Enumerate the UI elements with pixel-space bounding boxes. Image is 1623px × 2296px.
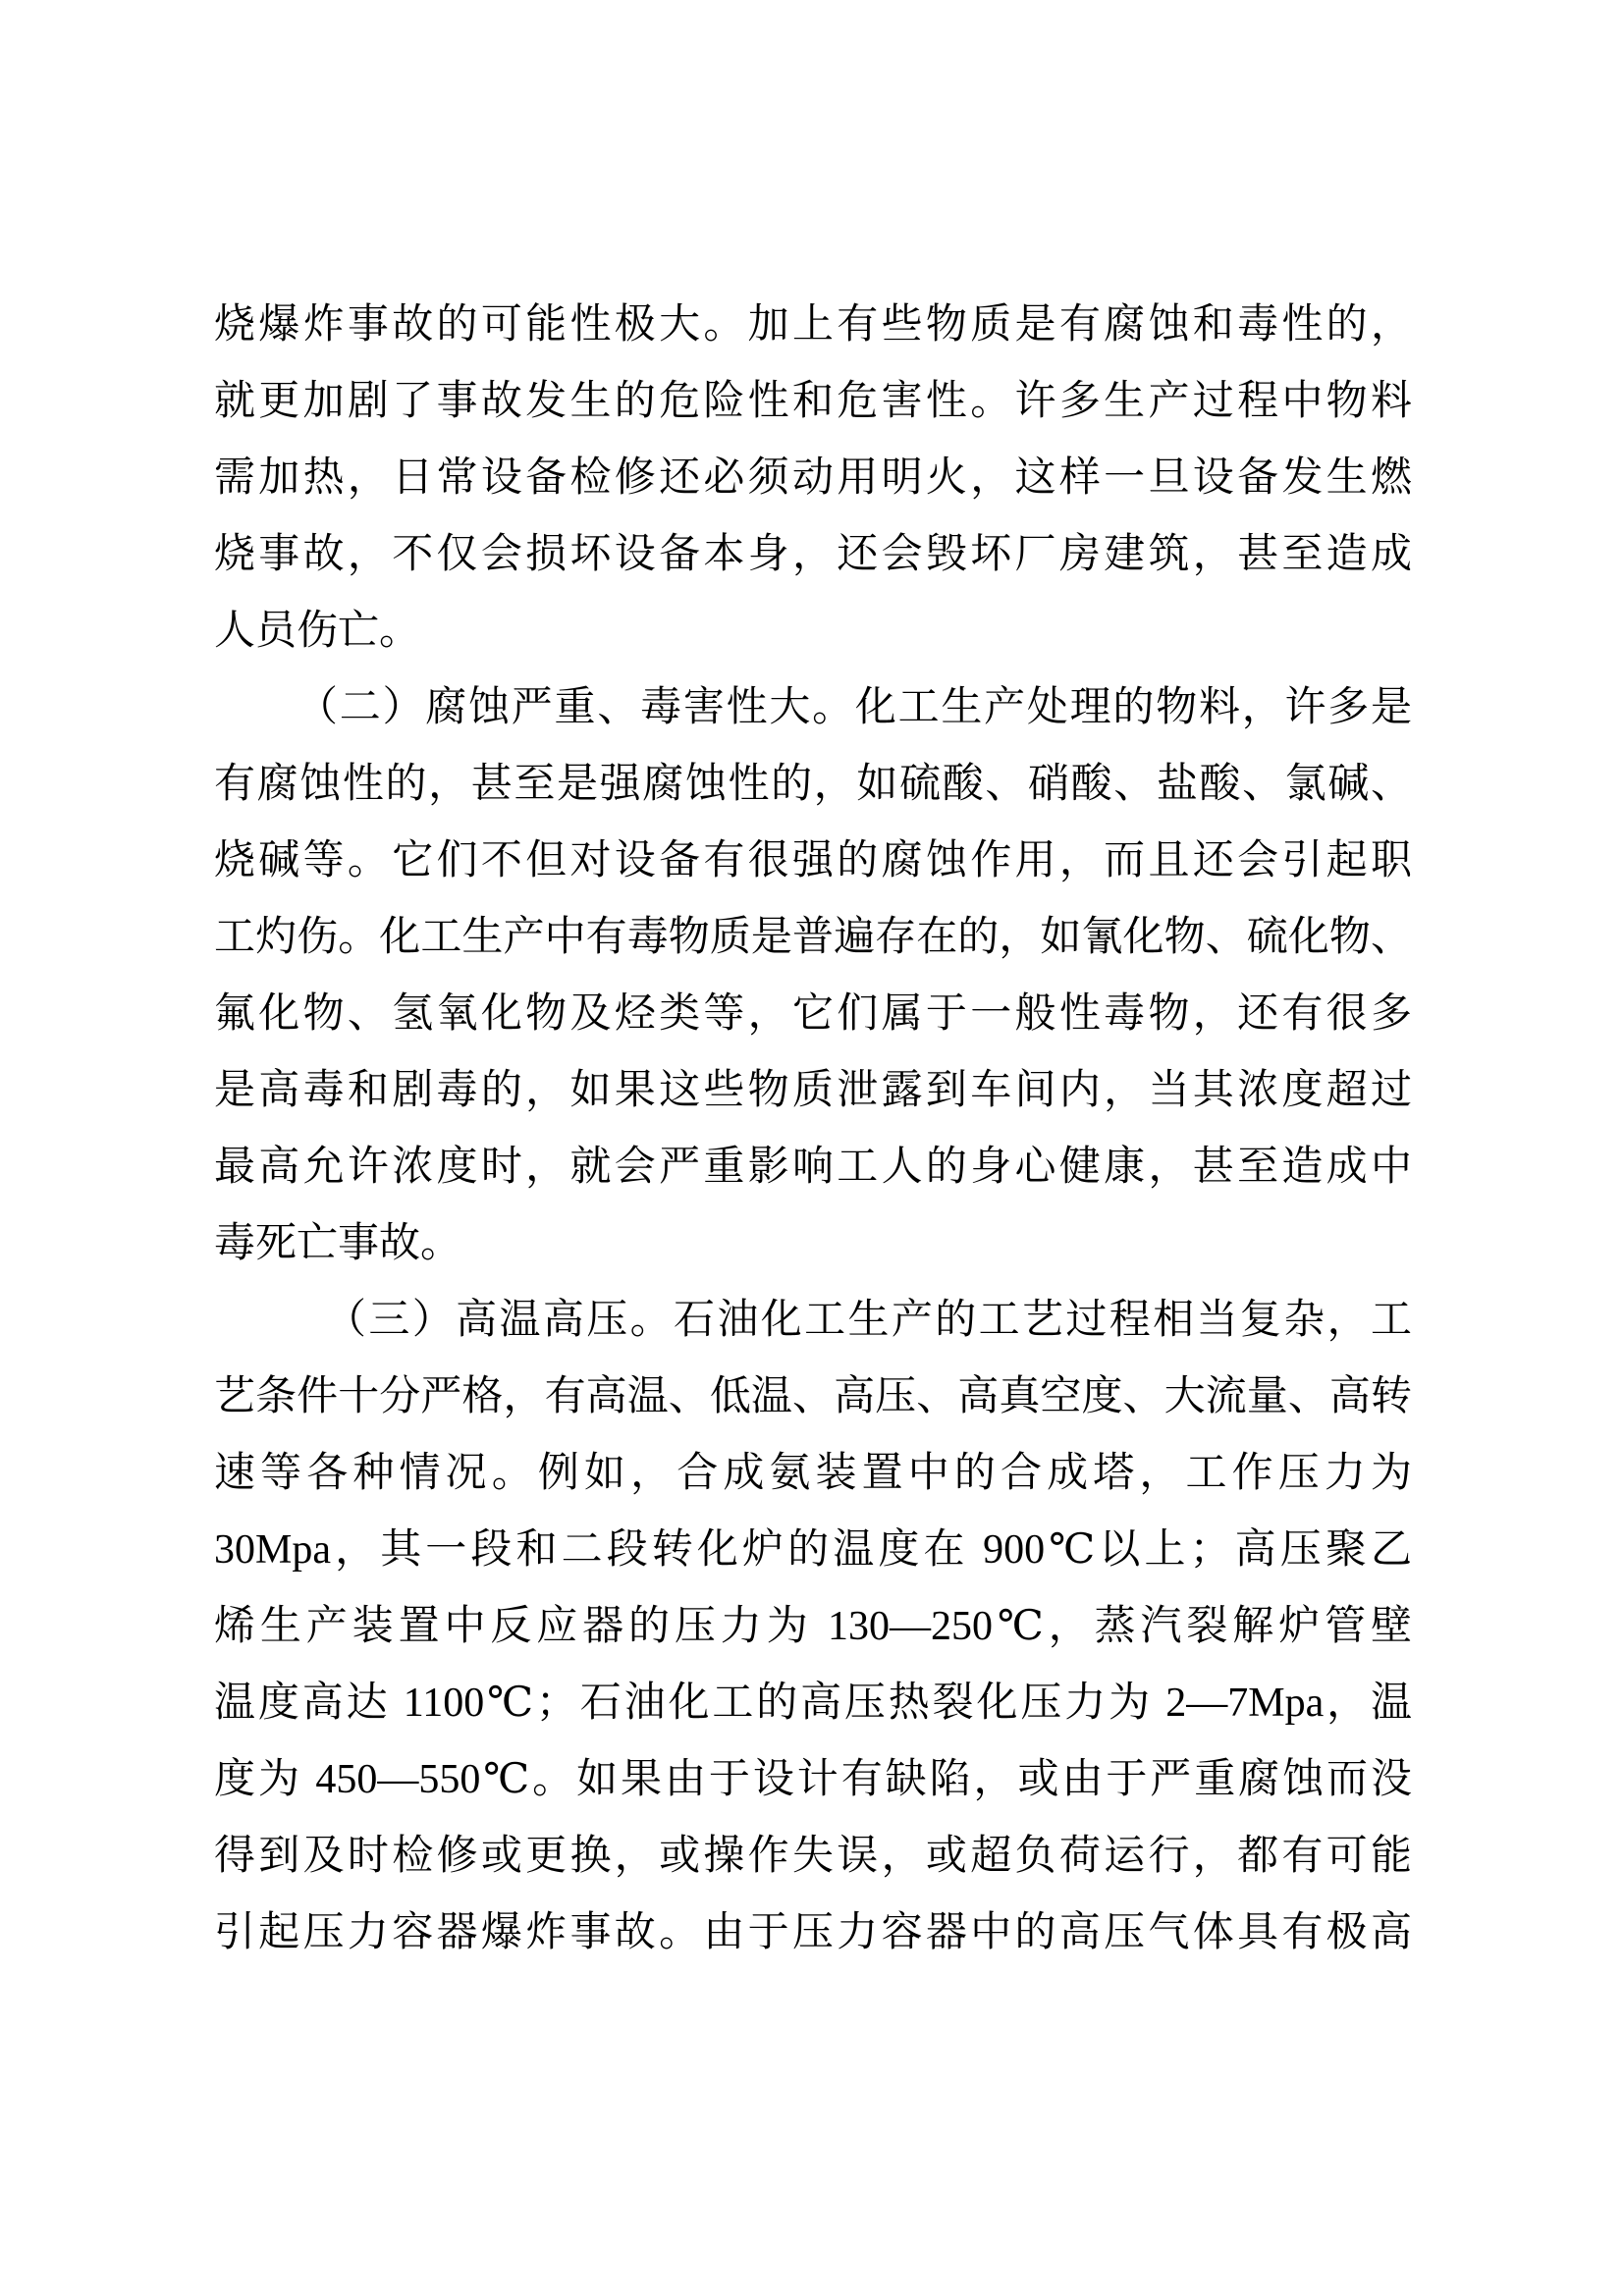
text-line-17: 30Mpa，其一段和二段转化炉的温度在 900℃以上；高压聚乙 bbox=[214, 1512, 1412, 1588]
text-line-18: 烯生产装置中反应器的压力为 130—250℃，蒸汽裂解炉管壁 bbox=[214, 1588, 1412, 1665]
text-line-13: 毒死亡事故。 bbox=[214, 1205, 1412, 1282]
text-line-1: 烧爆炸事故的可能性极大。加上有些物质是有腐蚀和毒性的， bbox=[214, 287, 1412, 363]
text-line-10: 氟化物、氢氧化物及烃类等，它们属于一般性毒物，还有很多 bbox=[214, 976, 1412, 1052]
text-line-22: 引起压力容器爆炸事故。由于压力容器中的高压气体具有极高 bbox=[214, 1895, 1412, 1971]
text-line-15: 艺条件十分严格，有高温、低温、高压、高真空度、大流量、高转 bbox=[214, 1359, 1412, 1435]
text-line-5: 人员伤亡。 bbox=[214, 593, 1412, 669]
text-line-12: 最高允许浓度时，就会严重影响工人的身心健康，甚至造成中 bbox=[214, 1129, 1412, 1205]
text-line-16: 速等各种情况。例如，合成氨装置中的合成塔，工作压力为 bbox=[214, 1435, 1412, 1512]
text-line-4: 烧事故，不仅会损坏设备本身，还会毁坏厂房建筑，甚至造成 bbox=[214, 516, 1412, 593]
text-line-9: 工灼伤。化工生产中有毒物质是普遍存在的，如氰化物、硫化物、 bbox=[214, 899, 1412, 976]
text-line-8: 烧碱等。它们不但对设备有很强的腐蚀作用，而且还会引起职 bbox=[214, 823, 1412, 899]
text-line-2: 就更加剧了事故发生的危险性和危害性。许多生产过程中物料 bbox=[214, 363, 1412, 440]
text-line-20: 度为 450—550℃。如果由于设计有缺陷，或由于严重腐蚀而没 bbox=[214, 1741, 1412, 1818]
text-line-21: 得到及时检修或更换，或操作失误，或超负荷运行，都有可能 bbox=[214, 1818, 1412, 1895]
body-text: 烧爆炸事故的可能性极大。加上有些物质是有腐蚀和毒性的， 就更加剧了事故发生的危险… bbox=[214, 287, 1412, 1971]
text-line-19: 温度高达 1100℃；石油化工的高压热裂化压力为 2—7Mpa，温 bbox=[214, 1665, 1412, 1741]
text-line-7: 有腐蚀性的，甚至是强腐蚀性的，如硫酸、硝酸、盐酸、氯碱、 bbox=[214, 746, 1412, 823]
document-page: 烧爆炸事故的可能性极大。加上有些物质是有腐蚀和毒性的， 就更加剧了事故发生的危险… bbox=[0, 0, 1623, 2296]
text-line-11: 是高毒和剧毒的，如果这些物质泄露到车间内，当其浓度超过 bbox=[214, 1052, 1412, 1129]
text-line-3: 需加热，日常设备检修还必须动用明火，这样一旦设备发生燃 bbox=[214, 440, 1412, 516]
text-line-6: （二）腐蚀严重、毒害性大。化工生产处理的物料，许多是 bbox=[214, 669, 1412, 746]
text-line-14: （三）高温高压。石油化工生产的工艺过程相当复杂，工 bbox=[214, 1282, 1412, 1359]
